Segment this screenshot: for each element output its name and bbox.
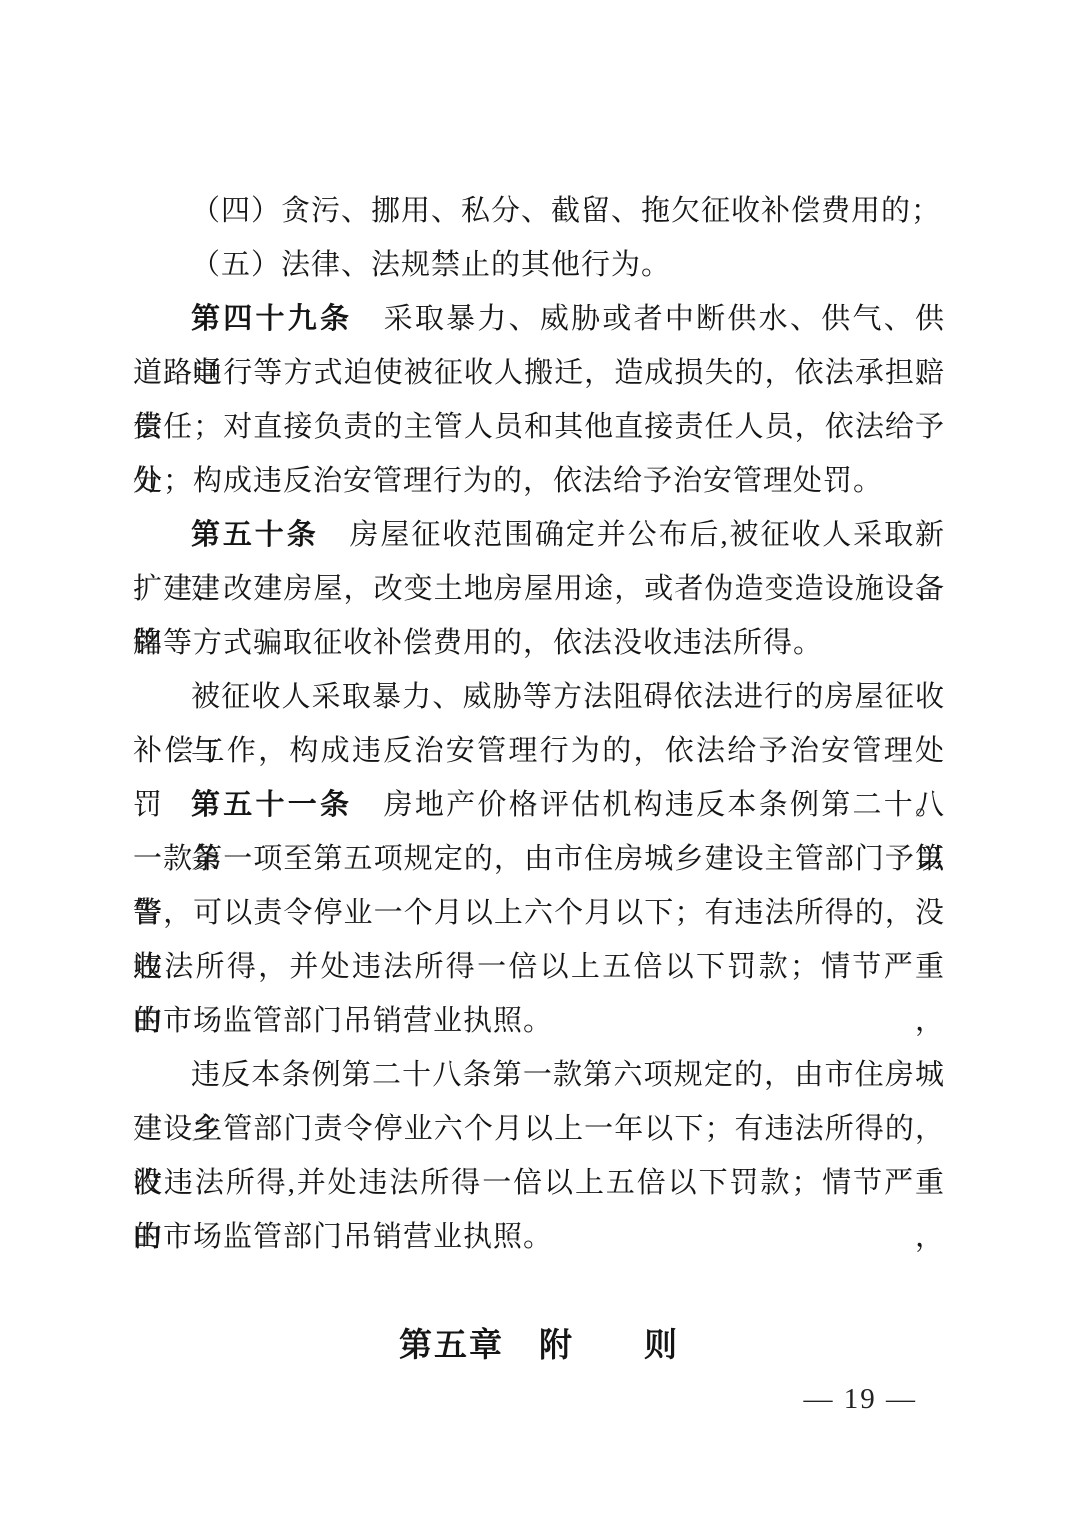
text-line: 违反本条例第二十八条第一款第六项规定的，由市住房城乡 [133, 1048, 945, 1102]
line-text: （四）贪污、挪用、私分、截留、拖欠征收补偿费用的； [191, 195, 941, 227]
line-text: 牌等方式骗取征收补偿费用的，依法没收违法所得。 [133, 627, 823, 659]
text-line: 责任；对直接负责的主管人员和其他直接责任人员，依法给予处 [133, 400, 945, 454]
text-line: 扩建、改建房屋，改变土地房屋用途，或者伪造变造设施设备铭 [133, 562, 945, 616]
text-line: （四）贪污、挪用、私分、截留、拖欠征收补偿费用的； [133, 184, 945, 238]
text-line: 补偿工作，构成违反治安管理行为的，依法给予治安管理处罚。 [133, 724, 945, 778]
text-line: 告，可以责令停业一个月以上六个月以下；有违法所得的，没收 [133, 886, 945, 940]
line-text: （五）法律、法规禁止的其他行为。 [191, 249, 671, 281]
text-line: 道路通行等方式迫使被征收人搬迁，造成损失的，依法承担赔偿 [133, 346, 945, 400]
text-line: 第五十条 房屋征收范围确定并公布后,被征收人采取新建、 [133, 508, 945, 562]
text-line: 被征收人采取暴力、威胁等方法阻碍依法进行的房屋征收与 [133, 670, 945, 724]
text-line: 牌等方式骗取征收补偿费用的，依法没收违法所得。 [133, 616, 945, 670]
text-line: 分；构成违反治安管理行为的，依法给予治安管理处罚。 [133, 454, 945, 508]
text-line: 违法所得，并处违法所得一倍以上五倍以下罚款；情节严重的， [133, 940, 945, 994]
document-body: （四）贪污、挪用、私分、截留、拖欠征收补偿费用的；（五）法律、法规禁止的其他行为… [133, 184, 945, 1264]
article-number: 第四十九条 [191, 303, 352, 335]
chapter-heading: 第五章 附 则 [133, 1318, 945, 1372]
text-line: （五）法律、法规禁止的其他行为。 [133, 238, 945, 292]
article-number: 第五十一条 [191, 789, 352, 821]
text-line: 建设主管部门责令停业六个月以上一年以下；有违法所得的，没 [133, 1102, 945, 1156]
page-number: — 19 — [133, 1372, 945, 1426]
article-number: 第五十条 [191, 519, 319, 551]
line-text: 由市场监管部门吊销营业执照。 [133, 1221, 553, 1253]
document-page: （四）贪污、挪用、私分、截留、拖欠征收补偿费用的；（五）法律、法规禁止的其他行为… [0, 0, 1074, 1520]
text-line: 收违法所得,并处违法所得一倍以上五倍以下罚款；情节严重的， [133, 1156, 945, 1210]
text-line: 第四十九条 采取暴力、威胁或者中断供水、供气、供电、 [133, 292, 945, 346]
line-text: 分；构成违反治安管理行为的，依法给予治安管理处罚。 [133, 465, 883, 497]
line-text: 由市场监管部门吊销营业执照。 [133, 1005, 553, 1037]
document-content: （四）贪污、挪用、私分、截留、拖欠征收补偿费用的；（五）法律、法规禁止的其他行为… [133, 184, 945, 1426]
text-line: 一款第一项至第五项规定的，由市住房城乡建设主管部门予以警 [133, 832, 945, 886]
text-line: 第五十一条 房地产价格评估机构违反本条例第二十八条第 [133, 778, 945, 832]
